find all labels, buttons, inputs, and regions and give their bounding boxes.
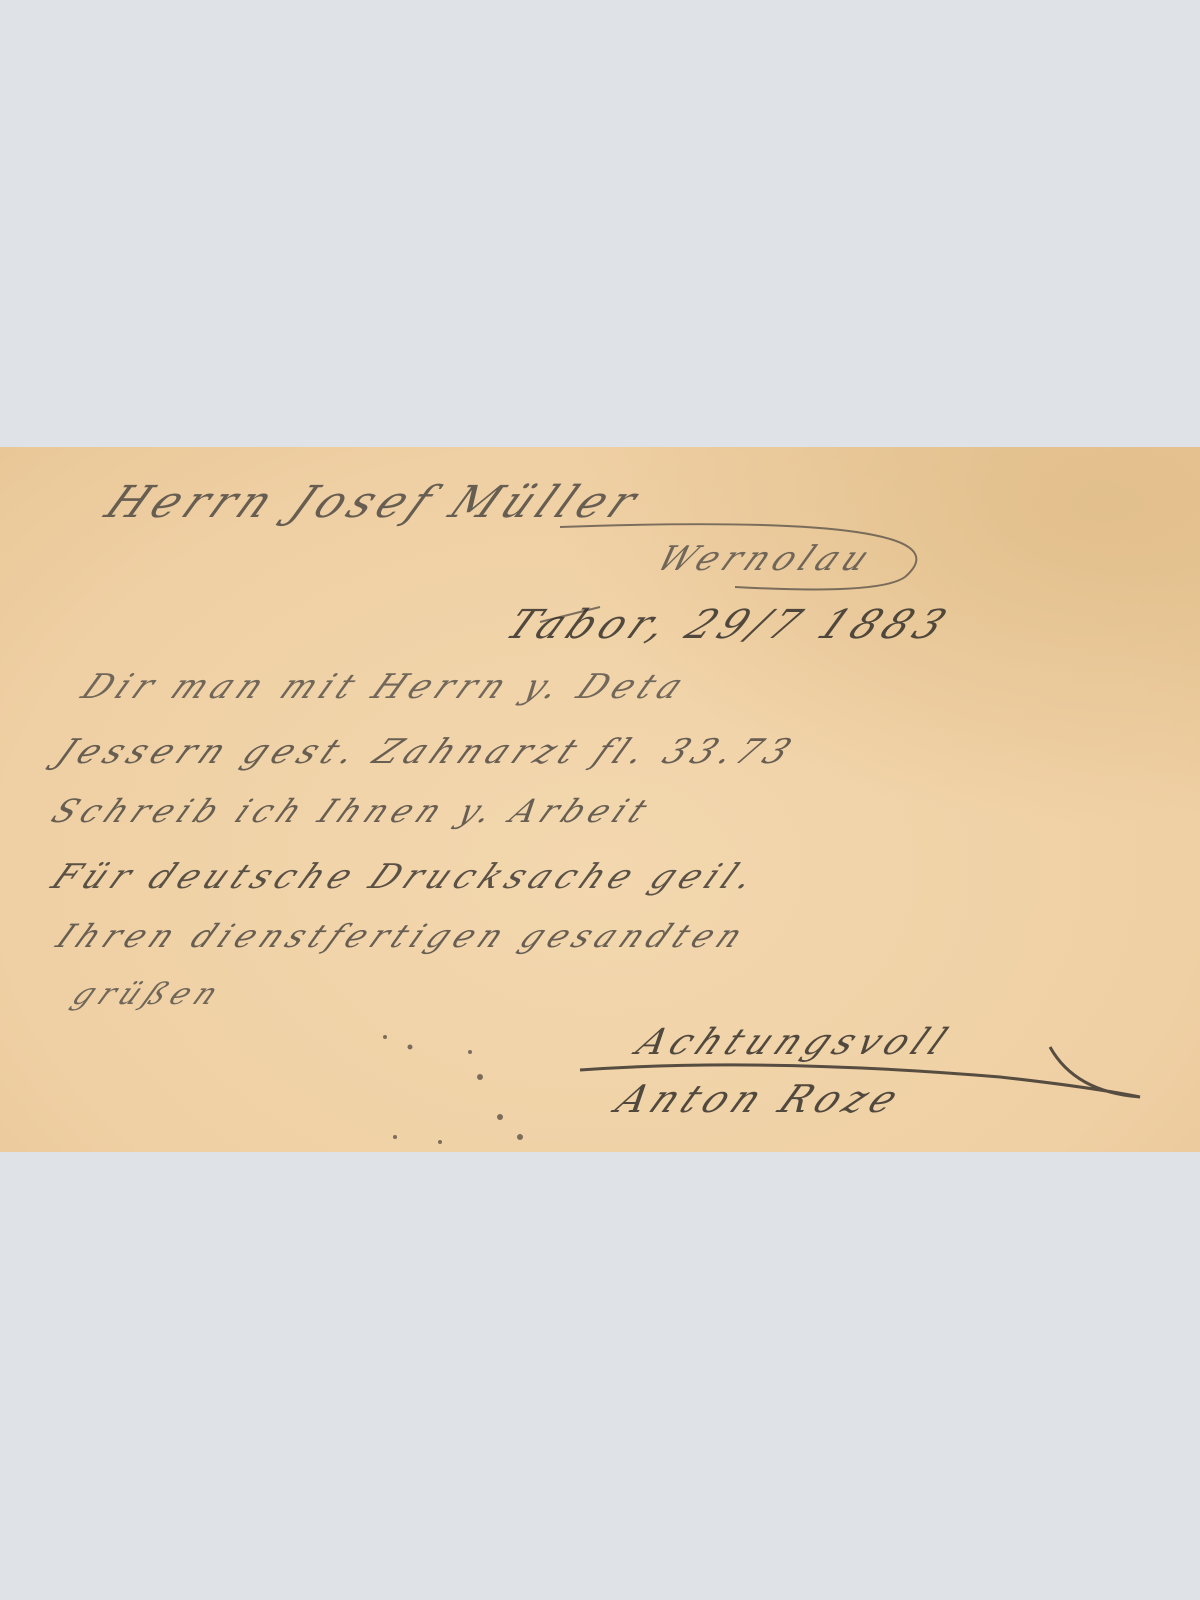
address-line-1: Herrn Josef Müller (96, 477, 652, 528)
body-line: Dir man mit Herrn y. Deta (74, 667, 696, 707)
signature: Anton Roze (608, 1077, 912, 1121)
address-line-2: Wernolau (649, 539, 882, 579)
body-line: Schreib ich Ihnen y. Arbeit (45, 792, 660, 830)
closing: Achtungsvoll (629, 1022, 960, 1063)
body-line: Für deutsche Drucksache geil. (44, 857, 768, 897)
body-line: grüßen (66, 977, 231, 1012)
place-date: Tabor, 29/7 1883 (498, 602, 960, 648)
body-line: Jessern gest. Zahnarzt fl. 33.73 (49, 732, 804, 772)
postcard: Herrn Josef Müller Wernolau Tabor, 29/7 … (0, 447, 1200, 1152)
body-line: Ihren dienstfertigen gesandten (50, 917, 756, 955)
